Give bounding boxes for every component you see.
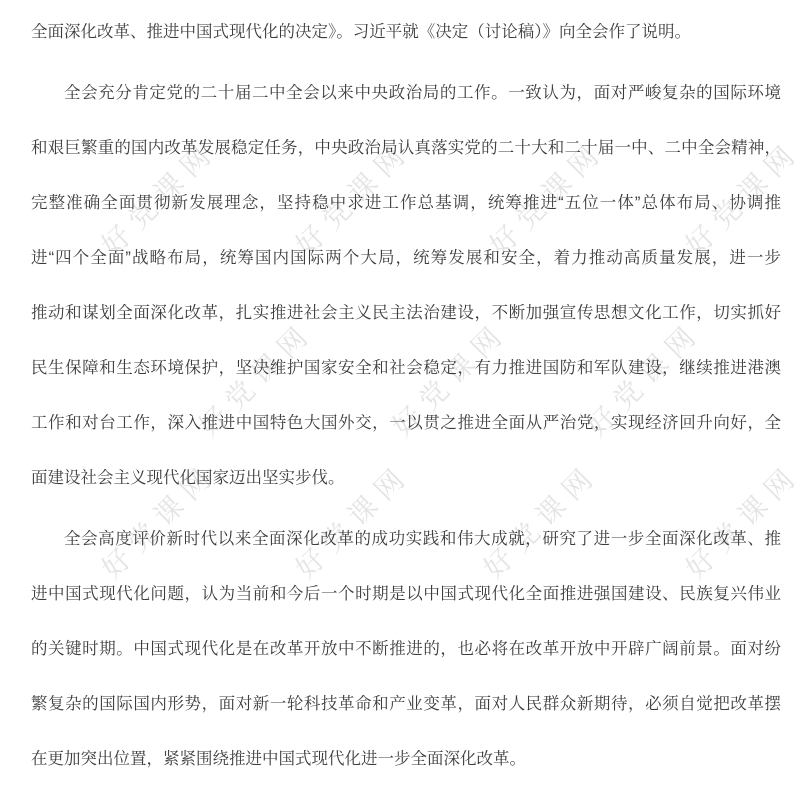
text-line: 的关键时期。中国式现代化是在改革开放中不断推进的，也必将在改革开放中开辟广阔前景… [31,622,781,677]
text-line: 推动和谋划全面深化改革，扎实推进社会主义民主法治建设，不断加强宣传思想文化工作，… [31,286,781,341]
text-line: 进中国式现代化问题，认为当前和今后一个时期是以中国式现代化全面推进强国建设、民族… [31,567,781,622]
text-line: 民生保障和生态环境保护，坚决维护国家安全和社会稳定，有力推进国防和军队建设，继续… [31,341,781,396]
paragraph-decision-intro: 全面深化改革、推进中国式现代化的决定》。习近平就《决定（讨论稿）》向全会作了说明… [31,5,781,60]
text-line: 全会高度评价新时代以来全面深化改革的成功实践和伟大成就，研究了进一步全面深化改革… [31,512,781,567]
text-line: 面建设社会主义现代化国家迈出坚实步伐。 [31,451,781,506]
text-line: 工作和对台工作，深入推进中国特色大国外交，一以贯之推进全面从严治党，实现经济回升… [31,396,781,451]
document-text: 全面深化改革、推进中国式现代化的决定》。习近平就《决定（讨论稿）》向全会作了说明… [0,0,800,787]
text-line: 全面深化改革、推进中国式现代化的决定》。习近平就《决定（讨论稿）》向全会作了说明… [31,5,781,60]
text-line: 繁复杂的国际国内形势，面对新一轮科技革命和产业变革，面对人民群众新期待，必须自觉… [31,677,781,732]
text-line: 在更加突出位置，紧紧围绕推进中国式现代化进一步全面深化改革。 [31,732,781,787]
text-line: 和艰巨繁重的国内改革发展稳定任务，中央政治局认真落实党的二十大和二十届一中、二中… [31,121,781,176]
text-line: 全会充分肯定党的二十届二中全会以来中央政治局的工作。一致认为，面对严峻复杂的国际… [31,66,781,121]
text-line: 完整准确全面贯彻新发展理念，坚持稳中求进工作总基调，统筹推进“五位一体”总体布局… [31,176,781,231]
paragraph-reform-evaluation: 全会高度评价新时代以来全面深化改革的成功实践和伟大成就，研究了进一步全面深化改革… [31,512,781,787]
text-line: 进“四个全面”战略布局，统筹国内国际两个大局，统筹发展和安全，着力推动高质量发展… [31,231,781,286]
paragraph-politburo-work-affirmation: 全会充分肯定党的二十届二中全会以来中央政治局的工作。一致认为，面对严峻复杂的国际… [31,66,781,506]
